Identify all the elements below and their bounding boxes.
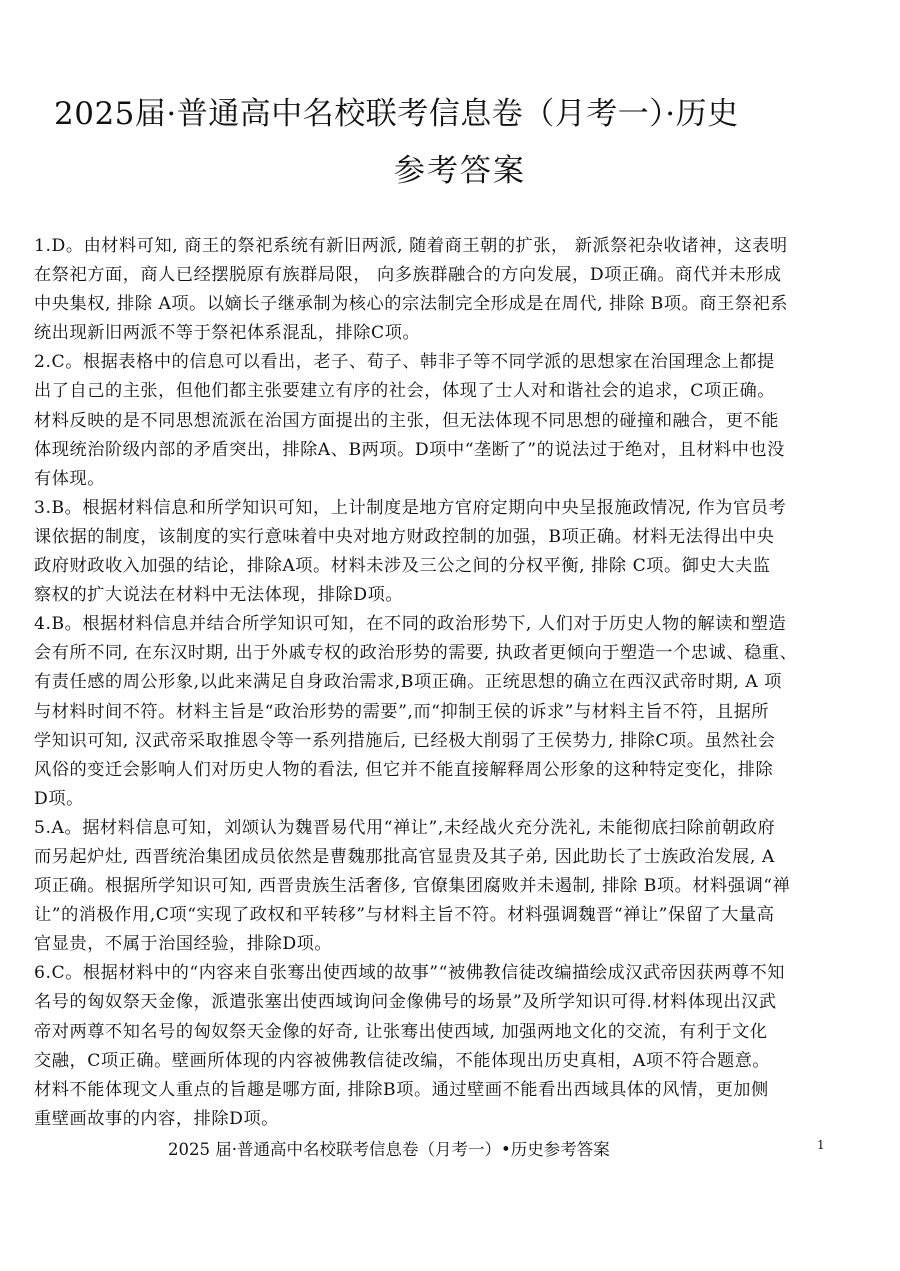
document-subtitle: 参考答案 (0, 145, 900, 190)
answer-line: 与材料时间不符。材料主旨是“政治形势的需要”,而“抑制王侯的诉求”与材料主旨不符… (34, 698, 874, 727)
answer-line: 项正确。根据所学知识可知, 西晋贵族生活奢侈, 官僚集团腐败并未遏制, 排除 B… (34, 872, 874, 901)
answer-line: 4.B。根据材料信息并结合所学知识可知，在不同的政治形势下, 人们对于历史人物的… (34, 610, 874, 639)
answer-line: 有责任感的周公形象,以此来满足自身政治需求,B项正确。正统思想的确立在西汉武帝时… (34, 668, 874, 697)
answer-line: 政府财政收入加强的结论，排除A项。材料未涉及三公之间的分权平衡, 排除 C项。御… (34, 552, 874, 581)
answer-line: 察权的扩大说法在材料中无法体现，排除D项。 (34, 581, 874, 610)
answer-line: 材料不能体现文人重点的旨趣是哪方面, 排除B项。通过壁画不能看出西域具体的风情，… (34, 1076, 874, 1105)
answer-line: 学知识可知, 汉武帝采取推恩令等一系列措施后, 已经极大削弱了王侯势力, 排除C… (34, 727, 874, 756)
answer-line: 中央集权, 排除 A项。以嫡长子继承制为核心的宗法制完全形成是在周代, 排除 B… (34, 290, 874, 319)
answer-line: D项。 (34, 785, 874, 814)
answer-item-2: 2.C。根据表格中的信息可以看出，老子、荀子、韩非子等不同学派的思想家在治国理念… (34, 348, 874, 493)
answer-item-6: 6.C。根据材料中的“内容来自张骞出使西域的故事”“被佛教信徒改编描绘成汉武帝因… (34, 959, 874, 1134)
answer-line: 有体现。 (34, 465, 874, 494)
answer-line: 官显贵，不属于治国经验，排除D项。 (34, 930, 874, 959)
answer-line: 交融，C项正确。壁画所体现的内容被佛教信徒改编，不能体现出历史真相，A项不符合题… (34, 1047, 874, 1076)
answer-line: 会有所不同, 在东汉时期, 出于外戚专权的政治形势的需要, 执政者更倾向于塑造一… (34, 639, 874, 668)
answer-line: 体现统治阶级内部的矛盾突出，排除A、B两项。D项中“垄断了”的说法过于绝对，且材… (34, 436, 874, 465)
answer-line: 5.A。据材料信息可知，刘颂认为魏晋易代用“禅让”,未经战火充分洗礼, 未能彻底… (34, 814, 874, 843)
answer-line: 3.B。根据材料信息和所学知识可知，上计制度是地方官府定期向中央呈报施政情况, … (34, 494, 874, 523)
answer-list: 1.D。由材料可知, 商王的祭祀系统有新旧两派, 随着商王朝的扩张， 新派祭祀杂… (34, 232, 874, 1134)
answer-line: 重壁画故事的内容，排除D项。 (34, 1105, 874, 1134)
answer-line: 统出现新旧两派不等于祭祀体系混乱，排除C项。 (34, 319, 874, 348)
answer-line: 让”的消极作用,C项“实现了政权和平转移”与材料主旨不符。材料强调魏晋“禅让”保… (34, 901, 874, 930)
answer-item-4: 4.B。根据材料信息并结合所学知识可知，在不同的政治形势下, 人们对于历史人物的… (34, 610, 874, 814)
answer-line: 而另起炉灶, 西晋统治集团成员依然是曹魏那批高官显贵及其子弟, 因此助长了士族政… (34, 843, 874, 872)
answer-line: 帝对两尊不知名号的匈奴祭天金像的好奇, 让张骞出使西域, 加强两地文化的交流，有… (34, 1018, 874, 1047)
answer-line: 6.C。根据材料中的“内容来自张骞出使西域的故事”“被佛教信徒改编描绘成汉武帝因… (34, 959, 874, 988)
answer-line: 名号的匈奴祭天金像，派遣张塞出使西域询问金像佛号的场景”及所学知识可得.材料体现… (34, 988, 874, 1017)
page-footer: 2025 届·普通高中名校联考信息卷（月考一）•历史参考答案 (168, 1136, 610, 1160)
answer-item-1: 1.D。由材料可知, 商王的祭祀系统有新旧两派, 随着商王朝的扩张， 新派祭祀杂… (34, 232, 874, 348)
answer-item-5: 5.A。据材料信息可知，刘颂认为魏晋易代用“禅让”,未经战火充分洗礼, 未能彻底… (34, 814, 874, 959)
answer-item-3: 3.B。根据材料信息和所学知识可知，上计制度是地方官府定期向中央呈报施政情况, … (34, 494, 874, 610)
answer-line: 出了自己的主张，但他们都主张要建立有序的社会，体现了士人对和谐社会的追求，C项正… (34, 377, 874, 406)
answer-line: 风俗的变迁会影响人们对历史人物的看法, 但它并不能直接解释周公形象的这种特定变化… (34, 756, 874, 785)
page-number: 1 (817, 1138, 825, 1152)
answer-line: 在祭祀方面，商人已经摆脱原有族群局限， 向多族群融合的方向发展，D项正确。商代并… (34, 261, 874, 290)
document-title: 2025届·普通高中名校联考信息卷（月考一）·历史 (54, 88, 739, 133)
answer-line: 课依据的制度，该制度的实行意味着中央对地方财政控制的加强，B项正确。材料无法得出… (34, 523, 874, 552)
answer-line: 材料反映的是不同思想流派在治国方面提出的主张，但无法体现不同思想的碰撞和融合，更… (34, 407, 874, 436)
answer-line: 2.C。根据表格中的信息可以看出，老子、荀子、韩非子等不同学派的思想家在治国理念… (34, 348, 874, 377)
answer-line: 1.D。由材料可知, 商王的祭祀系统有新旧两派, 随着商王朝的扩张， 新派祭祀杂… (34, 232, 874, 261)
